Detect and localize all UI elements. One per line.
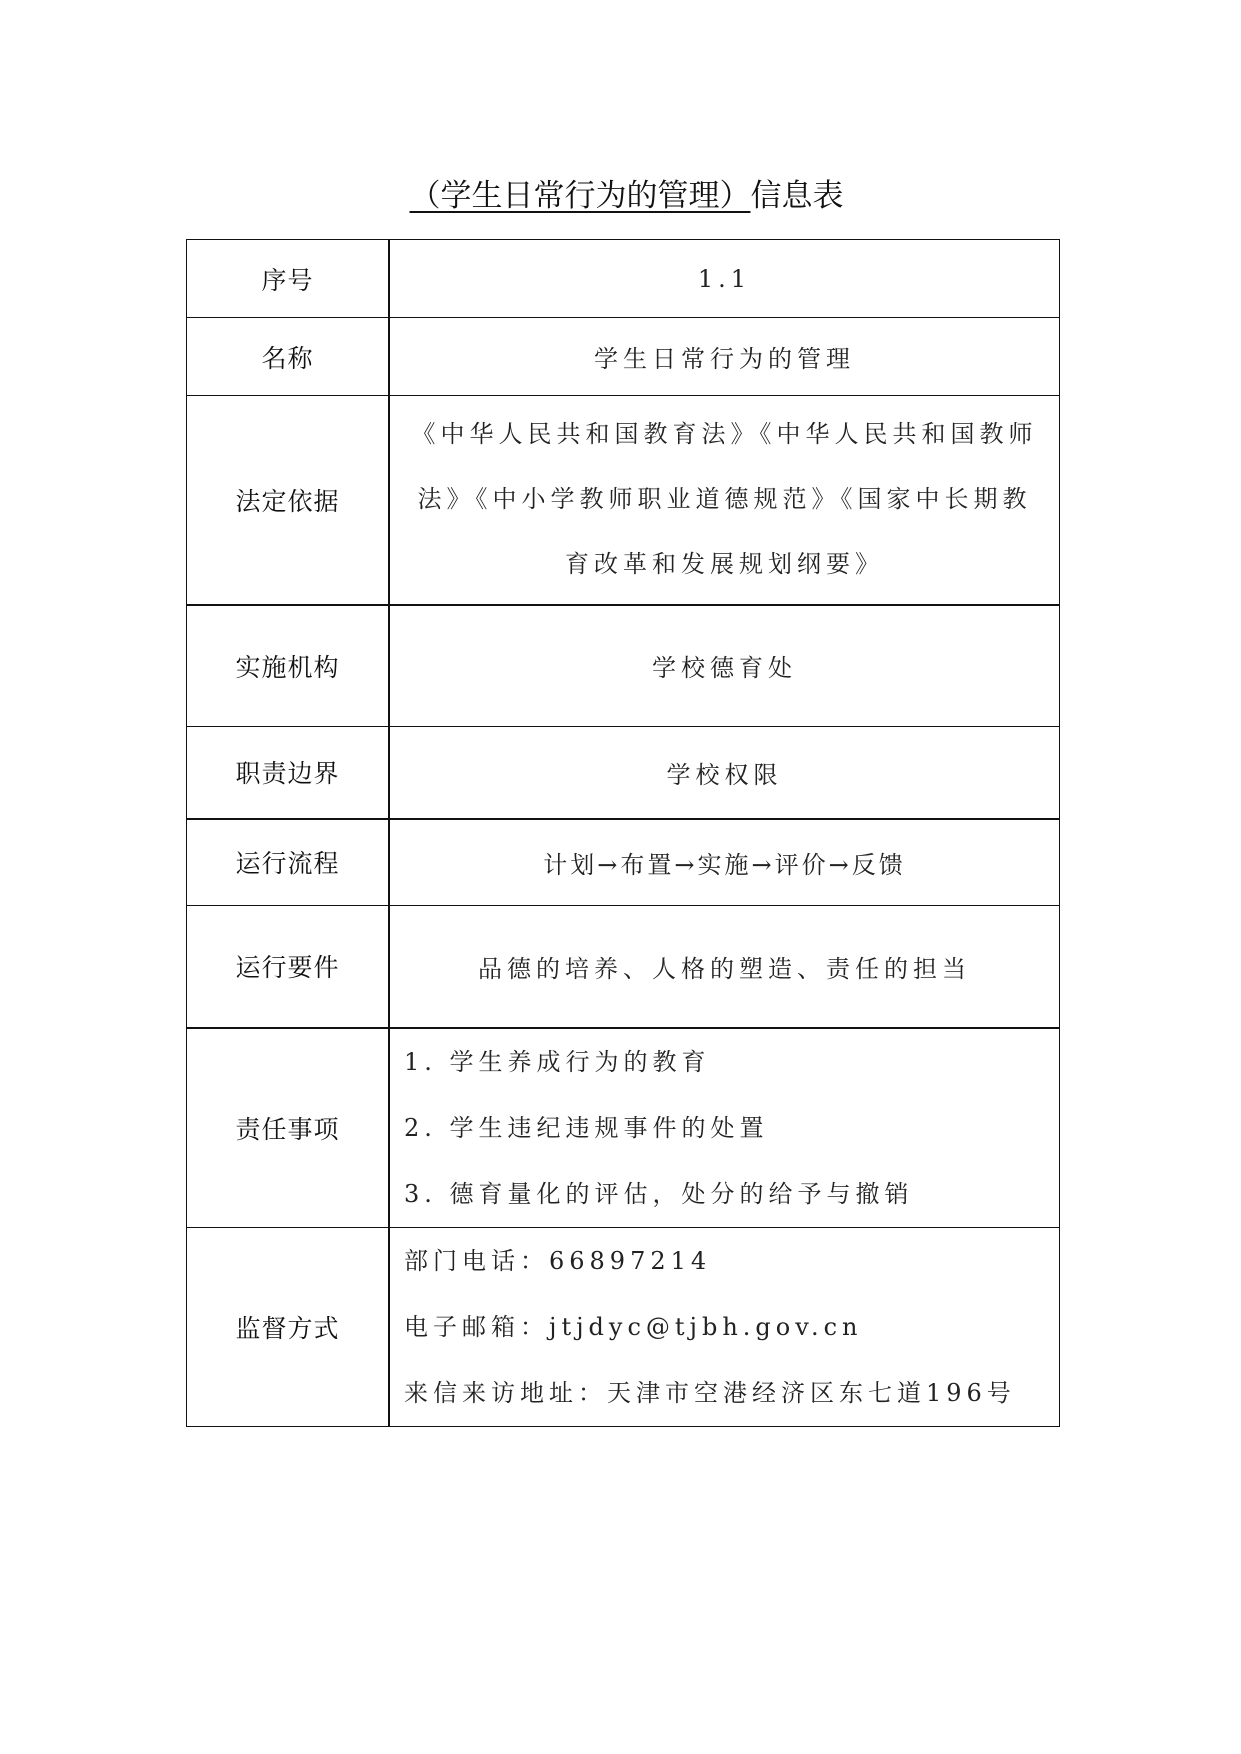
table-row-supervision: 监督方式 部门电话：66897214 电子邮箱：jtjdyc@tjbh.gov.… [187, 1227, 1060, 1426]
label-serial-number: 序号 [187, 240, 390, 318]
label-operating-requirements: 运行要件 [187, 906, 390, 1028]
serial-number-text: 1.1 [698, 265, 751, 293]
label-responsibilities: 责任事项 [187, 1028, 390, 1228]
operating-requirements-text: 品德的培养、人格的塑造、责任的担当 [478, 955, 971, 983]
supervision-email: 电子邮箱：jtjdyc@tjbh.gov.cn [404, 1294, 1059, 1360]
label-name: 名称 [187, 318, 390, 396]
value-operating-process: 计划→布置→实施→评价→反馈 [389, 819, 1060, 906]
table-row-name: 名称 学生日常行为的管理 [187, 318, 1060, 396]
title-underlined-part: （学生日常行为的管理） [398, 178, 751, 214]
legal-basis-line: 法》《中小学教师职业道德规范》《国家中长期教 [390, 467, 1059, 532]
table-row-operating-requirements: 运行要件 品德的培养、人格的塑造、责任的担当 [187, 906, 1060, 1028]
label-implementing-agency: 实施机构 [187, 605, 390, 727]
supervision-address: 来信来访地址：天津市空港经济区东七道196号 [404, 1360, 1059, 1426]
value-legal-basis: 《中华人民共和国教育法》《中华人民共和国教师 法》《中小学教师职业道德规范》《国… [389, 396, 1060, 605]
implementing-agency-text: 学校德育处 [652, 654, 797, 682]
name-text: 学生日常行为的管理 [594, 345, 855, 373]
responsibility-boundary-text: 学校权限 [667, 761, 783, 789]
value-serial-number: 1.1 [389, 240, 1060, 318]
table-row-responsibilities: 责任事项 1. 学生养成行为的教育 2. 学生违纪违规事件的处置 3. 德育量化… [187, 1028, 1060, 1228]
value-name: 学生日常行为的管理 [389, 318, 1060, 396]
value-responsibilities: 1. 学生养成行为的教育 2. 学生违纪违规事件的处置 3. 德育量化的评估，处… [389, 1028, 1060, 1228]
label-supervision: 监督方式 [187, 1227, 390, 1426]
value-operating-requirements: 品德的培养、人格的塑造、责任的担当 [389, 906, 1060, 1028]
responsibility-item: 1. 学生养成行为的教育 [404, 1029, 1059, 1095]
responsibility-item: 2. 学生违纪违规事件的处置 [404, 1095, 1059, 1161]
operating-process-text: 计划→布置→实施→评价→反馈 [543, 851, 905, 879]
legal-basis-line: 《中华人民共和国教育法》《中华人民共和国教师 [390, 402, 1059, 467]
table-row-operating-process: 运行流程 计划→布置→实施→评价→反馈 [187, 819, 1060, 906]
table-row-implementing-agency: 实施机构 学校德育处 [187, 605, 1060, 727]
legal-basis-line: 育改革和发展规划纲要》 [390, 532, 1059, 597]
label-legal-basis: 法定依据 [187, 396, 390, 605]
table-row-legal-basis: 法定依据 《中华人民共和国教育法》《中华人民共和国教师 法》《中小学教师职业道德… [187, 396, 1060, 605]
responsibility-item: 3. 德育量化的评估，处分的给予与撤销 [404, 1161, 1059, 1227]
info-table: 序号 1.1 名称 学生日常行为的管理 法定依据 《中华人民共和国教育法》《中华… [186, 239, 1060, 1427]
label-responsibility-boundary: 职责边界 [187, 727, 390, 819]
value-implementing-agency: 学校德育处 [389, 605, 1060, 727]
label-operating-process: 运行流程 [187, 819, 390, 906]
title-suffix: 信息表 [751, 178, 844, 214]
value-supervision: 部门电话：66897214 电子邮箱：jtjdyc@tjbh.gov.cn 来信… [389, 1227, 1060, 1426]
table-row-serial: 序号 1.1 [187, 240, 1060, 318]
document-title: （学生日常行为的管理）信息表 [0, 176, 1241, 216]
table-row-responsibility-boundary: 职责边界 学校权限 [187, 727, 1060, 819]
supervision-phone: 部门电话：66897214 [404, 1228, 1059, 1294]
value-responsibility-boundary: 学校权限 [389, 727, 1060, 819]
